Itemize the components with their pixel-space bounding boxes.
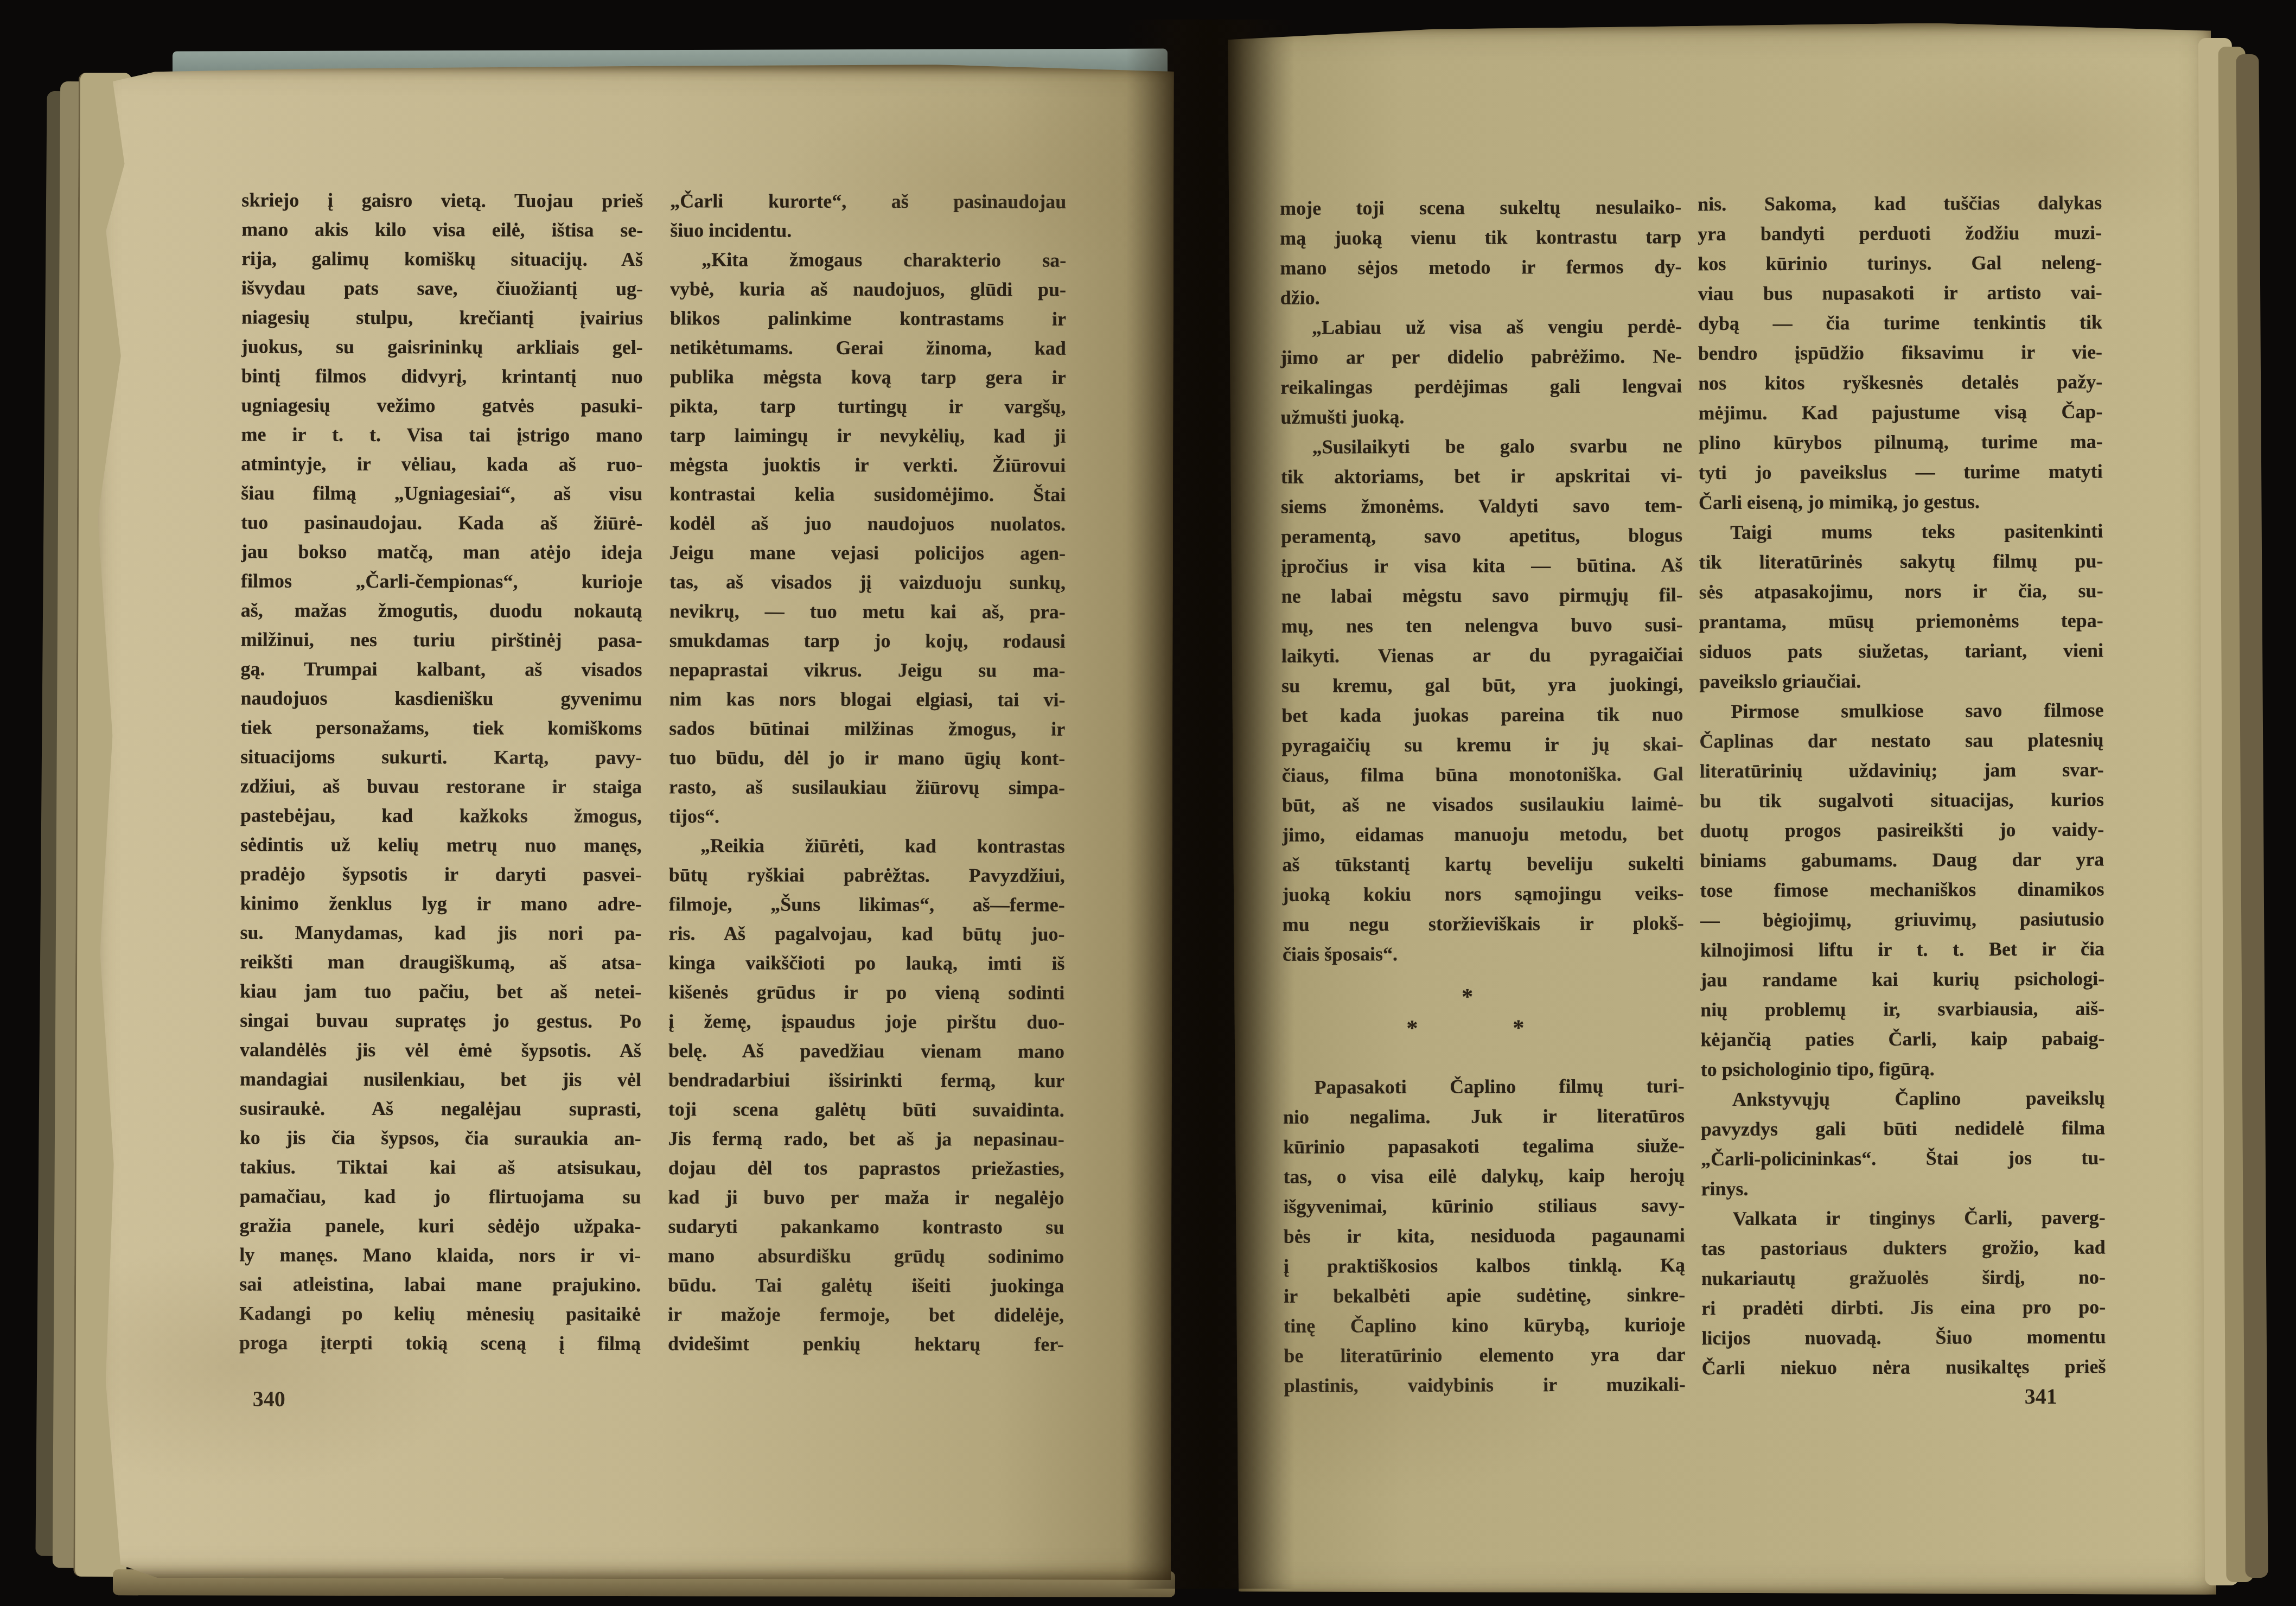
text-line: kilnojimosi liftu ir t. t. Bet ir čia [1700, 934, 2104, 966]
text-line: pradėjo šypsotis ir daryti pasvei- [240, 859, 642, 889]
text-line: juokus, su gaisrininkų arkliais gel- [241, 332, 643, 362]
text-line: moje toji scena sukeltų nesulaiko- [1280, 192, 1681, 224]
text-line: mėjimu. Kad pajustume visą Čap- [1698, 397, 2102, 429]
text-line: tiek personažams, tiek komiškoms [240, 712, 642, 743]
left-page-column-1: skriejo į gaisro vietą. Tuojau priešmano… [239, 185, 643, 1358]
text-line: laikyti. Vienas ar du pyragaičiai [1281, 640, 1683, 671]
text-line: užmušti juoką. [1280, 401, 1682, 432]
text-line: bės ir kita, nesiduoda pagaunami [1284, 1220, 1685, 1252]
section-separator-dinkus: *** [1283, 968, 1685, 1073]
text-line: zdžiui, aš buvau restorane ir staiga [240, 771, 642, 801]
text-line: su kremu, gal būt, yra juokingi, [1281, 670, 1683, 701]
text-line: „Čarli kurorte“, aš pasinaudojau [670, 186, 1066, 216]
text-line: kinga vaikščioti po lauką, imti iš [668, 948, 1064, 978]
text-line: bet kada juokas pareina tik nuo [1281, 699, 1683, 731]
text-line: išgyvenimai, kūrinio stiliaus savy- [1283, 1190, 1685, 1222]
text-line: situacijoms sukurti. Kartą, pavy- [240, 742, 642, 772]
text-line: ugniagesių vežimo gatvės pasuki- [241, 390, 643, 420]
text-line: tik literatūrinės sakytų filmų pu- [1699, 546, 2103, 578]
text-line: tijos“. [669, 801, 1065, 832]
text-line: me ir t. t. Visa tai įstrigo mano [241, 419, 642, 450]
text-line: mą juoką vienu tik kontrastu tarp [1280, 222, 1681, 253]
text-line: rasto, aš susilaukiau žiūrovų simpa- [669, 772, 1065, 802]
text-line: ko jis čia šypsos, čia suraukia an- [240, 1123, 641, 1153]
text-line: kad ji buvo per maža ir negalėjo [668, 1182, 1064, 1213]
text-line: ir bekalbėti apie sudėtinę, sinkre- [1284, 1280, 1685, 1311]
text-line: valandėlės jis vėl ėmė šypsotis. Aš [240, 1035, 641, 1065]
text-line: niagesių stulpu, krečiantį įvairius [241, 302, 643, 333]
text-line: nepaprastai vikrus. Jeigu su ma- [669, 655, 1066, 685]
text-line: reikšti man draugiškumą, aš atsa- [240, 947, 641, 977]
asterisk-glyph: * [1462, 984, 1473, 1010]
text-line: vybė, kuria aš naudojuos, glūdi pu- [670, 274, 1066, 304]
text-line: to psichologinio tipo, figūrą. [1701, 1054, 2105, 1085]
text-line: Pirmose smulkiose savo filmose [1699, 696, 2103, 727]
text-line: dybą — čia turime tenkintis tik [1698, 308, 2102, 339]
text-line: singai buvau supratęs jo gestus. Po [240, 1005, 641, 1036]
text-line: Valkata ir tinginys Čarli, paverg- [1701, 1203, 2106, 1234]
text-line: duotų progos pasireikšti jo vaidy- [1700, 815, 2104, 846]
text-line: kėjančią paties Čarli, kaip pabaig- [1700, 1024, 2104, 1055]
text-line: tose fimose mechaniškos dinamikos [1700, 875, 2104, 906]
text-line: atmintyje, ir vėliau, kada aš ruo- [241, 449, 642, 479]
text-line: „Čarli-policininkas“. Štai jos tu- [1701, 1143, 2105, 1175]
text-line: jau bokso matčą, man atėjo ideja [241, 537, 642, 567]
text-line: — bėgiojimų, griuvimų, pasiutusio [1700, 904, 2104, 936]
text-line: tuo pasinaudojau. Kada aš žiūrė- [241, 507, 642, 538]
text-line: jau randame kai kurių psichologi- [1700, 964, 2104, 996]
text-line: sai atleistina, labai mane prajukino. [239, 1269, 641, 1299]
text-line: tas pastoriaus dukters grožio, kad [1701, 1233, 2106, 1264]
text-line: Čarli niekuo nėra nusikaltęs prieš [1701, 1352, 2106, 1384]
text-line: šiau filmą „Ugniagesiai“, aš visu [241, 478, 642, 508]
text-line: į praktiškosios kalbos tinklą. Ką [1284, 1250, 1685, 1282]
text-line: ris. Aš pagalvojau, kad būtų juo- [669, 919, 1065, 949]
text-line: rinys. [1701, 1173, 2105, 1204]
right-page: moje toji scena sukeltų nesulaiko-mą juo… [1228, 22, 2216, 1598]
left-page-column-2: „Čarli kurorte“, aš pasinaudojaušiuo inc… [668, 186, 1067, 1359]
right-page-column-2: nis. Sakoma, kad tuščias dalykasyra band… [1698, 188, 2106, 1384]
text-line: licijos nuovadą. Šiuo momentu [1701, 1322, 2106, 1354]
text-line: pikta, tarp turtingų ir vargšų, [670, 391, 1066, 422]
text-line: jimo, eidamas manuoju metodu, bet [1282, 819, 1683, 850]
text-line: susiraukė. Aš negalėjau suprasti, [240, 1093, 641, 1124]
text-line: tinę Čaplino kino kūrybą, kurioje [1284, 1310, 1685, 1341]
text-line: mano absurdišku grūdų sodinimo [668, 1241, 1064, 1271]
page-number: 341 [2025, 1384, 2057, 1409]
text-line: Čarli eiseną, jo mimiką, jo gestus. [1699, 487, 2103, 518]
text-line: rija, galimų komiškų situacijų. Aš [241, 244, 643, 274]
text-line: viau bus nupasakoti ir artisto vai- [1698, 278, 2102, 309]
text-line: biniams gabumams. Daug dar yra [1700, 845, 2104, 876]
text-line: tas, o visa eilė dalykų, kaip herojų [1283, 1161, 1685, 1192]
text-line: šiuo incidentu. [670, 215, 1066, 246]
text-line: būt, aš ne visados susilaukiu laimė- [1282, 789, 1683, 820]
text-line: įpročius ir visa kita — būtina. Aš [1281, 550, 1682, 582]
text-line: gą. Trumpai kalbant, aš visados [241, 654, 642, 684]
text-line: čiaus, filma būna monotoniška. Gal [1282, 759, 1683, 791]
text-line: skriejo į gaisro vietą. Tuojau prieš [241, 185, 643, 215]
asterisk-glyph: * [1406, 1016, 1418, 1042]
text-line: tuo būdu, dėl jo ir mano ūgių kont- [669, 743, 1065, 773]
text-line: smukdamas tarp jo kojų, rodausi [669, 626, 1066, 656]
text-line: filmos „Čarli-čempionas“, kurioje [241, 566, 642, 596]
text-line: be literatūrinio elemento yra dar [1284, 1340, 1685, 1371]
text-line: kontrastai kelia susidomėjimo. Štai [669, 479, 1066, 509]
text-line: plastinis, vaidybinis ir muzikali- [1284, 1369, 1686, 1401]
text-line: kos kūrinio turinys. Gal neleng- [1698, 248, 2102, 279]
text-line: į žemę, įspaudus joje pirštu duo- [668, 1006, 1064, 1037]
text-line: Čaplinas dar nestato sau platesnių [1699, 725, 2103, 757]
text-line: sėdintis už kelių metrų nuo manęs, [240, 830, 642, 860]
text-line: gražia panele, kuri sėdėjo užpaka- [239, 1210, 641, 1241]
text-line: siduos pats siužetas, tariant, vieni [1699, 636, 2103, 667]
text-line: juoką kokiu nors sąmojingu veiks- [1282, 878, 1683, 910]
text-line: aš, mažas žmogutis, duodu nokautą [241, 595, 642, 626]
text-line: literatūrinių uždavinių; jam svar- [1700, 755, 2104, 787]
text-line: peramentą, savo apetitus, blogus [1281, 520, 1682, 552]
text-line: ly manęs. Mano klaida, nors ir vi- [239, 1240, 641, 1270]
text-line: „Kita žmogaus charakterio sa- [670, 245, 1066, 275]
text-line: ne labai mėgstu savo pirmųjų fil- [1281, 580, 1683, 611]
text-line: sės atpasakojimu, nors ir čia, su- [1699, 576, 2103, 608]
text-line: naudojuos kasdienišku gyvenimu [240, 683, 642, 713]
text-line: su. Manydamas, kad jis nori pa- [240, 917, 642, 948]
text-line: būtų ryškiai pabrėžtas. Pavyzdžiui, [669, 860, 1065, 890]
text-line: ri pradėti dirbti. Jis eina pro po- [1701, 1292, 2106, 1324]
text-line: milžinui, nes turiu pirštinėj pasa- [241, 624, 642, 655]
text-line: sudaryti pakankamo kontrasto su [668, 1212, 1064, 1242]
text-line: blikos palinkime kontrastams ir [670, 303, 1066, 334]
text-line: kišenės grūdus ir po vieną sodinti [668, 977, 1064, 1008]
text-line: Jis fermą rado, bet aš ja nepasinau- [668, 1124, 1064, 1154]
page-number: 340 [253, 1386, 285, 1412]
text-line: „Susilaikyti be galo svarbu ne [1281, 431, 1682, 462]
text-line: filmoje, „Šuns likimas“, aš—ferme- [669, 889, 1065, 920]
text-line: tarp laimingų ir nevykėlių, kad ji [669, 420, 1066, 451]
text-line: bendradarbiui išsirinkti fermą, kur [668, 1065, 1064, 1095]
text-line: „Labiau už visa aš vengiu perdė- [1280, 311, 1682, 343]
text-line: nio negalima. Juk ir literatūros [1283, 1101, 1685, 1132]
text-line: nukariautų gražuolės širdį, no- [1701, 1263, 2106, 1294]
text-line: kiau jam tuo pačiu, bet aš netei- [240, 976, 641, 1006]
text-line: publika mėgsta kovą tarp gera ir [670, 362, 1066, 392]
text-line: pastebėjau, kad kažkoks žmogus, [240, 800, 642, 831]
text-line: aš tūkstantį kartų beveliju sukelti [1282, 849, 1683, 880]
text-line: tas, aš visados jį vaizduoju sunkų, [669, 567, 1066, 597]
text-line: bintį filmos didvyrį, krintantį nuo [241, 361, 643, 391]
text-line: paveikslo griaučiai. [1699, 666, 2103, 697]
text-line: Taigi mums teks pasitenkinti [1699, 517, 2103, 548]
text-line: mano akis kilo visa eilė, ištisa se- [241, 214, 643, 245]
text-line: dvidešimt penkių hektarų fer- [668, 1329, 1064, 1359]
text-line: jimo ar per didelio pabrėžimo. Ne- [1280, 341, 1682, 373]
text-line: nis. Sakoma, kad tuščias dalykas [1698, 188, 2102, 220]
left-page: skriejo į gaisro vietą. Tuojau priešmano… [87, 63, 1174, 1580]
book-scan: skriejo į gaisro vietą. Tuojau priešmano… [0, 0, 2296, 1606]
text-line: tyti jo paveikslus — turime matyti [1699, 457, 2103, 488]
text-line: mano sėjos metodo ir fermos dy- [1280, 252, 1681, 283]
text-line: belę. Aš pavedžiau vienam mano [668, 1036, 1064, 1066]
text-line: bendro įspūdžio fiksavimu ir vie- [1698, 337, 2102, 369]
text-line: „Reikia žiūrėti, kad kontrastas [669, 831, 1065, 861]
text-line: išvydau pats save, čiuožiantį ug- [241, 273, 643, 303]
text-line: mų, nes ten nelengva buvo susi- [1281, 610, 1683, 641]
text-line: proga įterpti tokią sceną į filmą [239, 1328, 641, 1358]
text-line: reikalingas perdėjimas gali lengvai [1280, 371, 1682, 403]
text-line: džio. [1280, 282, 1682, 313]
asterisk-glyph: * [1513, 1015, 1524, 1041]
text-line: Kadangi po kelių mėnesių pasitaikė [239, 1298, 641, 1329]
text-line: mandagiai nusilenkiau, bet jis vėl [240, 1064, 641, 1094]
text-line: takius. Tiktai kai aš atsisukau, [240, 1152, 641, 1182]
text-line: Jeigu mane vejasi policijos agen- [669, 538, 1066, 568]
text-line: kinimo ženklus lyg ir mano adre- [240, 888, 642, 919]
text-line: pamačiau, kad jo flirtuojama su [239, 1181, 641, 1212]
text-line: bu tik sugalvoti situacijas, kurios [1700, 785, 2104, 817]
text-line: toji scena galėtų būti suvaidinta. [668, 1094, 1064, 1125]
text-line: nim kas nors blogai elgiasi, tai vi- [669, 684, 1065, 715]
text-line: yra bandyti perduoti žodžiu muzi- [1698, 218, 2102, 250]
text-line: prantama, mūsų priemonėms tepa- [1699, 606, 2103, 638]
text-line: nos kitos ryškesnės detalės pažy- [1698, 367, 2102, 399]
text-line: mu negu storžieviškais ir plokš- [1283, 908, 1684, 940]
text-line: ir mažoje fermoje, bet didelėje, [668, 1299, 1064, 1330]
text-line: plino kūrybos pilnumą, turime ma- [1699, 427, 2103, 458]
text-line: būdu. Tai galėtų išeiti juokinga [668, 1270, 1064, 1301]
text-line: pavyzdys gali būti nedidelė filma [1701, 1113, 2105, 1145]
text-line: sados būtinai milžinas žmogus, ir [669, 713, 1065, 744]
right-page-column-1: moje toji scena sukeltų nesulaiko-mą juo… [1280, 192, 1686, 1401]
text-line: kūrinio papasakoti tegalima siuže- [1283, 1131, 1685, 1162]
text-line: dojau dėl tos paprastos priežasties, [668, 1153, 1064, 1183]
text-line: čiais šposais“. [1283, 938, 1684, 970]
text-line: kodėl aš juo naudojuos nuolatos. [669, 508, 1066, 539]
text-line: mėgsta juoktis ir verkti. Žiūrovui [669, 450, 1066, 480]
text-line: nių problemų ir, svarbiausia, aiš- [1700, 994, 2104, 1025]
text-line: nevikrų, — tuo metu kai aš, pra- [669, 596, 1066, 627]
text-line: Ankstyvųjų Čaplino paveikslų [1701, 1084, 2105, 1115]
text-line: tik aktoriams, bet ir apskritai vi- [1281, 461, 1682, 492]
text-line: Papasakoti Čaplino filmų turi- [1283, 1071, 1685, 1102]
text-line: netikėtumams. Gerai žinoma, kad [670, 333, 1066, 363]
text-line: siems žmonėms. Valdyti savo tem- [1281, 490, 1682, 522]
text-line: pyragaičių su kremu ir jų skai- [1281, 729, 1683, 761]
